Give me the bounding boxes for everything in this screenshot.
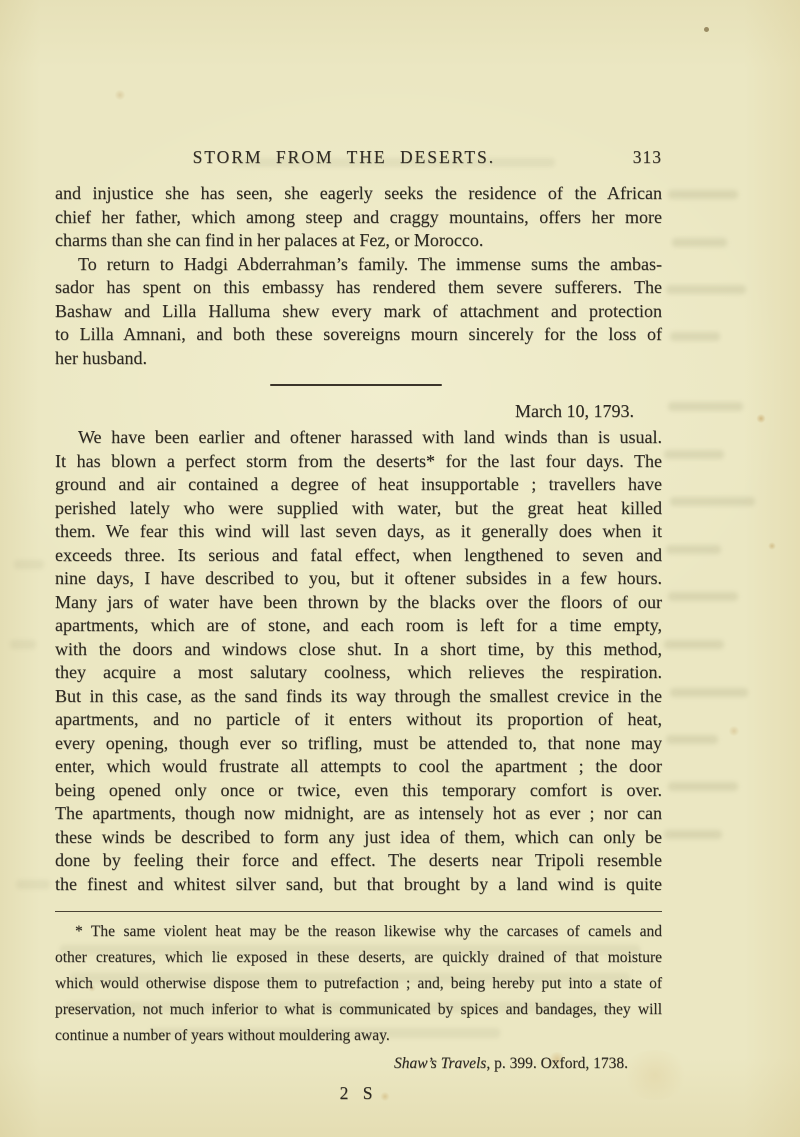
- dateline: March 10, 1793.: [55, 400, 662, 424]
- footnote-line: continue a number of years without mould…: [55, 1023, 662, 1049]
- text-line: The apartments, though now midnight, are…: [55, 802, 662, 826]
- text-line: Bashaw and Lilla Halluma shew every mark…: [55, 300, 662, 324]
- footnote-citation: Shaw’s Travels, p. 399. Oxford, 1738.: [55, 1052, 662, 1076]
- foxing-spot: [728, 726, 740, 736]
- ghost-text-line: [666, 545, 721, 554]
- ghost-text-line: [670, 497, 755, 506]
- text-line: ground and air contained a degree of hea…: [55, 473, 662, 497]
- text-line: To return to Hadgi Abderrahman’s family.…: [55, 253, 662, 277]
- paragraph-storm: We have been earlier and oftener harasse…: [55, 426, 662, 896]
- footnote-rule: [55, 911, 662, 912]
- text-line: apartments, and no particle of it enters…: [55, 708, 662, 732]
- text-line: her husband.: [55, 347, 662, 371]
- text-line: chief her father, which among steep and …: [55, 206, 662, 230]
- paragraph-continuation: and injustice she has seen, she eagerly …: [55, 182, 662, 253]
- text-line: them. We fear this wind will last seven …: [55, 520, 662, 544]
- footnote-line: which would otherwise dispose them to pu…: [55, 971, 662, 997]
- text-line: charms than she can find in her palaces …: [55, 229, 662, 253]
- section-divider-rule: [270, 384, 442, 386]
- ghost-text-line: [14, 560, 44, 569]
- citation-details: , p. 399. Oxford, 1738.: [486, 1055, 628, 1072]
- text-line: apartments, which are of stone, and each…: [55, 614, 662, 638]
- section-divider: [55, 370, 662, 400]
- ghost-text-line: [666, 735, 718, 744]
- text-line: We have been earlier and oftener harasse…: [55, 426, 662, 450]
- ghost-text-line: [664, 450, 724, 459]
- text-line: the finest and whitest silver sand, but …: [55, 873, 662, 897]
- text-line: perished lately who were supplied with w…: [55, 497, 662, 521]
- text-line: to Lilla Amnani, and both these sovereig…: [55, 323, 662, 347]
- running-title: STORM FROM THE DESERTS.: [55, 147, 633, 168]
- ghost-text-line: [670, 332, 720, 341]
- ghost-text-line: [16, 880, 50, 889]
- ghost-text-line: [668, 592, 738, 601]
- text-line: exceeds three. Its serious and fatal eff…: [55, 544, 662, 568]
- text-line: they acquire a most salutary coolness, w…: [55, 661, 662, 685]
- text-line: It has blown a perfect storm from the de…: [55, 450, 662, 474]
- text-line: nine days, I have described to you, but …: [55, 567, 662, 591]
- footnote-line: other creatures, which lie exposed in th…: [55, 945, 662, 971]
- ghost-text-line: [668, 402, 743, 411]
- text-line: But in this case, as the sand finds its …: [55, 685, 662, 709]
- ghost-text-line: [672, 238, 727, 247]
- citation-work-title: Shaw’s Travels: [394, 1055, 486, 1072]
- text-line: with the doors and windows close shut. I…: [55, 638, 662, 662]
- text-line: every opening, though ever so trifling, …: [55, 732, 662, 756]
- text-block: STORM FROM THE DESERTS. 313 and injustic…: [55, 0, 662, 1104]
- book-page: STORM FROM THE DESERTS. 313 and injustic…: [0, 0, 800, 1137]
- text-line: sador has spent on this embassy has rend…: [55, 276, 662, 300]
- foxing-spot: [756, 414, 766, 423]
- text-line: being opened only once or twice, even th…: [55, 779, 662, 803]
- foxing-spot: [768, 542, 776, 550]
- text-line: enter, which would frustrate all attempt…: [55, 755, 662, 779]
- text-line: and injustice she has seen, she eagerly …: [55, 182, 662, 206]
- ghost-text-line: [664, 830, 722, 839]
- ghost-text-line: [670, 688, 748, 697]
- running-head: STORM FROM THE DESERTS. 313: [55, 147, 662, 171]
- text-line: these winds be described to form any jus…: [55, 826, 662, 850]
- footnote-line: * The same violent heat may be the reaso…: [55, 919, 662, 945]
- ghost-text-line: [666, 285, 746, 294]
- page-number: 313: [633, 147, 662, 168]
- signature-mark: 2 S: [55, 1083, 662, 1104]
- ghost-text-line: [668, 190, 738, 199]
- foxing-spot: [704, 27, 709, 32]
- text-line: done by feeling their force and effect. …: [55, 849, 662, 873]
- footnote-line: preservation, not much inferior to what …: [55, 997, 662, 1023]
- footnote: * The same violent heat may be the reaso…: [55, 919, 662, 1076]
- text-line: Many jars of water have been thrown by t…: [55, 591, 662, 615]
- ghost-text-line: [668, 782, 738, 791]
- paragraph-family: To return to Hadgi Abderrahman’s family.…: [55, 253, 662, 371]
- ghost-text-line: [664, 640, 724, 649]
- ghost-text-line: [10, 640, 36, 649]
